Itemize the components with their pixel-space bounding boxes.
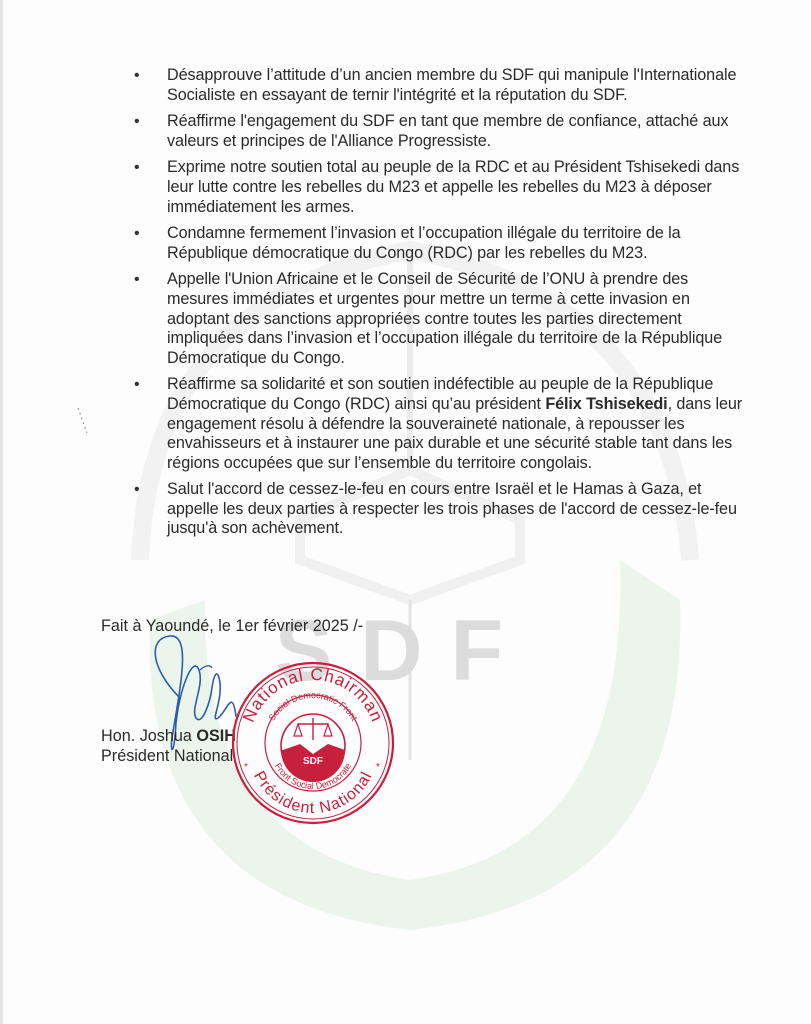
svg-text:*: * xyxy=(376,762,380,773)
point-text: Condamne fermement l’invasion et l’occup… xyxy=(167,224,681,262)
official-stamp: SDF National Chairman Président National… xyxy=(228,658,398,828)
point-text: Réaffirme l'engagement du SDF en tant qu… xyxy=(167,112,728,150)
signer-name: Hon. Joshua OSIH xyxy=(101,726,236,746)
svg-text:*: * xyxy=(244,762,248,773)
resolution-points-list: Désapprouve l’attitude d’un ancien membr… xyxy=(132,66,752,546)
point-text: Appelle l'Union Africaine et le Conseil … xyxy=(167,270,722,366)
point-text: Exprime notre soutien total au peuple de… xyxy=(167,158,739,215)
scan-artifact xyxy=(75,405,91,437)
list-item: Condamne fermement l’invasion et l’occup… xyxy=(132,224,752,263)
signer-title: Président National xyxy=(101,746,233,766)
list-item: Appelle l'Union Africaine et le Conseil … xyxy=(132,270,752,368)
point-text: Salut l'accord de cessez-le-feu en cours… xyxy=(167,480,737,537)
president-name: Félix Tshisekedi xyxy=(545,395,667,413)
point-text: Désapprouve l’attitude d’un ancien membr… xyxy=(167,66,736,104)
list-item: Salut l'accord de cessez-le-feu en cours… xyxy=(132,480,752,539)
list-item: Réaffirme l'engagement du SDF en tant qu… xyxy=(132,112,752,151)
svg-text:SDF: SDF xyxy=(303,756,323,767)
list-item: Désapprouve l’attitude d’un ancien membr… xyxy=(132,66,752,105)
list-item: Exprime notre soutien total au peuple de… xyxy=(132,158,752,217)
document-page: SDF Désapprouve l’attitude d’un ancien m… xyxy=(0,0,811,1024)
list-item: Réaffirme sa solidarité et son soutien i… xyxy=(132,375,752,473)
